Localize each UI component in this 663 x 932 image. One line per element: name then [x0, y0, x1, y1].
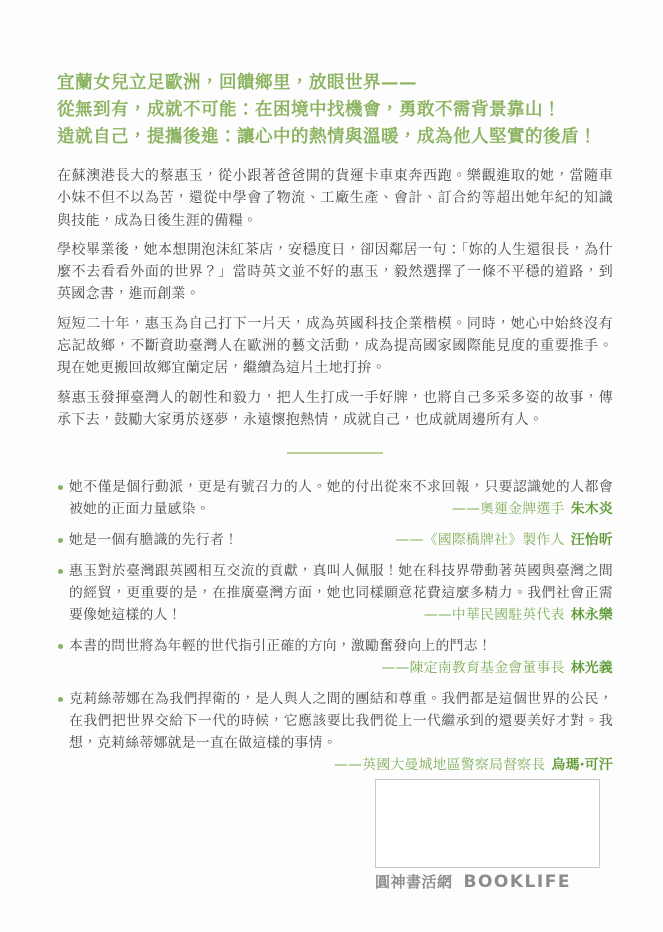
attribution-role: ——奧運金牌選手 [452, 501, 565, 517]
testimonial-quote: 克莉絲蒂娜在為我們捍衛的，是人與人之間的團結和尊重。我們都是這個世界的公民，在我… [69, 691, 613, 751]
attribution-name: 烏瑪‧可汗 [552, 757, 614, 773]
testimonial-attribution: ——《國際橋牌社》製作人汪怡昕 [382, 529, 613, 551]
book-back-cover: 宜蘭女兒立足歐洲，回饋鄉里，放眼世界—— 從無到有，成就不可能：在困境中找機會，… [0, 0, 663, 932]
testimonial-item: 她不僅是個行動派，更是有號召力的人。她的付出從來不求回報，只要認識她的人都會被她… [57, 476, 613, 520]
headline-line: 宜蘭女兒立足歐洲，回饋鄉里，放眼世界—— [57, 70, 613, 97]
body-paragraph: 短短二十年，惠玉為自己打下一片天，成為英國科技企業楷模。同時，她心中始終沒有忘記… [57, 313, 613, 380]
body-paragraph: 蔡惠玉發揮臺灣人的韌性和毅力，把人生打成一手好牌，也將自己多采多姿的故事，傳承下… [57, 387, 613, 432]
attribution-role: ——中華民國駐英代表 [424, 607, 565, 623]
bullet-icon [58, 644, 63, 649]
publisher-logo: 圓神書活網 BOOKLIFE [375, 871, 571, 892]
attribution-name: 林永樂 [571, 607, 613, 623]
attribution-name: 林光義 [571, 660, 613, 676]
publisher-logo-chinese: 圓神書活網 [375, 871, 453, 892]
testimonial-item: 本書的問世將為年輕的世代指引正確的方向，激勵奮發向上的鬥志！ ——陳定南教育基金… [57, 635, 613, 679]
cover-content: 宜蘭女兒立足歐洲，回饋鄉里，放眼世界—— 從無到有，成就不可能：在困境中找機會，… [0, 0, 663, 776]
testimonial-item: 克莉絲蒂娜在為我們捍衛的，是人與人之間的團結和尊重。我們都是這個世界的公民，在我… [57, 688, 613, 776]
testimonial-quote: 本書的問世將為年輕的世代指引正確的方向，激勵奮發向上的鬥志！ [69, 638, 492, 654]
testimonial-quote: 她是一個有膽識的先行者！ [69, 532, 238, 548]
section-divider [287, 452, 383, 454]
testimonial-attribution: ——陳定南教育基金會董事長林光義 [367, 657, 613, 679]
bullet-icon [58, 697, 63, 702]
attribution-role: ——英國大曼城地區警察局督察長 [334, 757, 545, 773]
bullet-icon [58, 485, 63, 490]
headline-line: 造就自己，提攜後進：讓心中的熱情與溫暖，成為他人堅實的後盾！ [57, 124, 613, 151]
attribution-name: 朱木炎 [571, 501, 613, 517]
intro-paragraphs: 在蘇澳港長大的蔡惠玉，從小跟著爸爸開的貨運卡車東奔西跑。樂觀進取的她，當隨車小妹… [57, 165, 613, 431]
testimonial-attribution: ——中華民國駐英代表林永樂 [410, 604, 613, 626]
testimonial-attribution: ——奧運金牌選手朱木炎 [438, 498, 613, 520]
testimonial-item: 惠玉對於臺灣跟英國相互交流的貢獻，真叫人佩服！她在科技界帶動著英國與臺灣之間的經… [57, 560, 613, 626]
headline-line: 從無到有，成就不可能：在困境中找機會，勇敢不需背景靠山！ [57, 97, 613, 124]
attribution-role: ——《國際橋牌社》製作人 [396, 532, 565, 548]
booklife-logo: BOOKLIFE [464, 872, 571, 892]
testimonial-item: 她是一個有膽識的先行者！ ——《國際橋牌社》製作人汪怡昕 [57, 529, 613, 551]
body-paragraph: 學校畢業後，她本想開泡沫紅茶店，安穩度日，卻因鄰居一句：「妳的人生還很長，為什麼… [57, 239, 613, 306]
headline-block: 宜蘭女兒立足歐洲，回饋鄉里，放眼世界—— 從無到有，成就不可能：在困境中找機會，… [57, 70, 613, 151]
bullet-icon [58, 538, 63, 543]
barcode-placeholder-box [375, 779, 600, 868]
testimonial-attribution: ——英國大曼城地區警察局督察長烏瑪‧可汗 [320, 754, 613, 776]
bullet-icon [58, 569, 63, 574]
attribution-name: 汪怡昕 [571, 532, 613, 548]
testimonials-list: 她不僅是個行動派，更是有號召力的人。她的付出從來不求回報，只要認識她的人都會被她… [57, 476, 613, 776]
attribution-role: ——陳定南教育基金會董事長 [381, 660, 564, 676]
body-paragraph: 在蘇澳港長大的蔡惠玉，從小跟著爸爸開的貨運卡車東奔西跑。樂觀進取的她，當隨車小妹… [57, 165, 613, 232]
